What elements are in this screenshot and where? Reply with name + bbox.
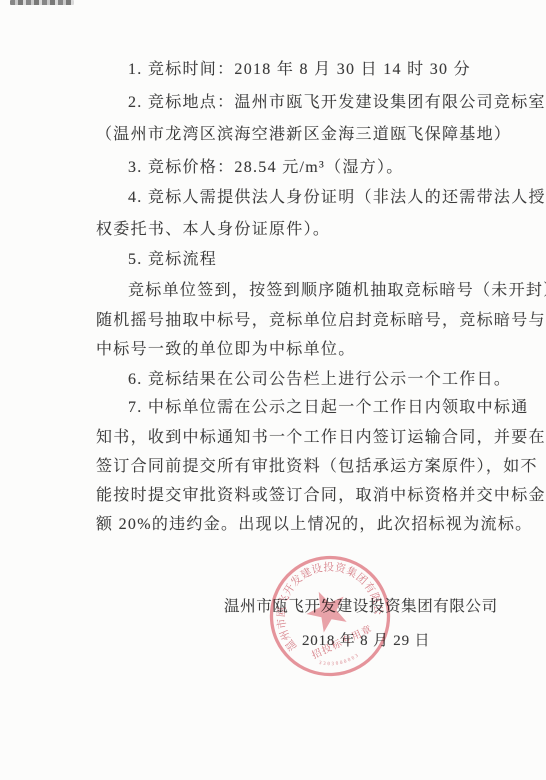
document-page: 1. 竞标时间：2018 年 8 月 30 日 14 时 30 分 2. 竞标地… [0,0,546,780]
doc-line: 知书，收到中标通知书一个工作日内签订运输合同，并要在 [96,428,516,448]
company-seal: 温州市瓯飞开发建设投资集团有限公司 招投标专用章 3303000003 [253,539,407,693]
doc-line: 额 20%的违约金。出现以上情况的，此次招标视为流标。 [96,515,516,535]
doc-line: 竞标单位签到，按签到顺序随机抽取竞标暗号（未开封）， [96,281,546,301]
doc-line: （温州市龙湾区滨海空港新区金海三道瓯飞保障基地） [96,125,516,145]
doc-line: 7. 中标单位需在公示之日起一个工作日内领取中标通 [96,398,546,418]
seal-bottom-text: 招投标专用章 [309,622,374,662]
doc-line: 3. 竞标价格：28.54 元/m³（湿方）。 [96,158,546,178]
doc-line: 2. 竞标地点：温州市瓯飞开发建设集团有限公司竞标室。 [96,93,546,113]
doc-line: 权委托书、本人身份证原件）。 [96,220,516,240]
star-icon [300,583,354,636]
doc-line: 5. 竞标流程 [96,250,546,270]
doc-line: 随机摇号抽取中标号，竞标单位启封竞标暗号，竞标暗号与 [96,311,516,331]
doc-line: 1. 竞标时间：2018 年 8 月 30 日 14 时 30 分 [96,60,546,80]
doc-line: 中标号一致的单位即为中标单位。 [96,340,516,360]
scan-artifact [10,0,74,5]
doc-line: 签订合同前提交所有审批资料（包括承运方案原件），如不 [96,457,516,477]
doc-line: 6. 竞标结果在公司公告栏上进行公示一个工作日。 [96,370,546,390]
doc-line: 能按时提交审批资料或签订合同，取消中标资格并交中标金 [96,486,516,506]
doc-line: 4. 竞标人需提供法人身份证明（非法人的还需带法人授 [96,188,546,208]
